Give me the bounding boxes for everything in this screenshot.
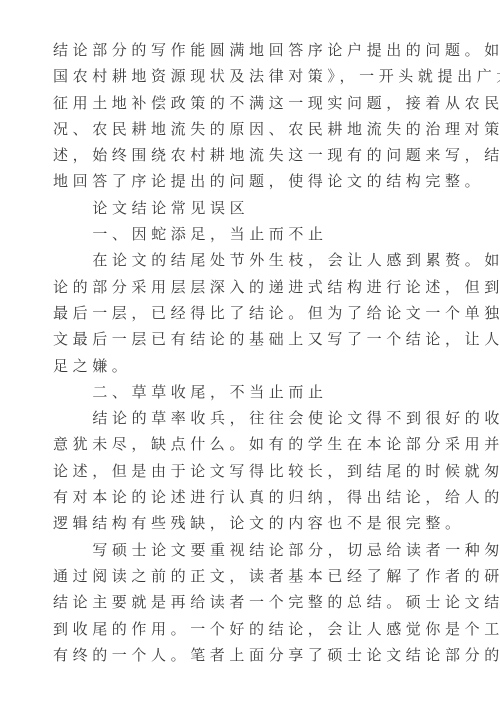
text-line: 结论主要就是再给读者一个完整的总结。硕士论文结论部分应该起 [53, 589, 453, 615]
text-line: 结论部分的写作能圆满地回答序论户提出的问题。如毕业论文《我 [53, 37, 453, 63]
text-line: 足之嫌。 [53, 353, 453, 379]
text-line: 征用土地补偿政策的不满这一现实问题，接着从农民现有的耕地情 [53, 90, 453, 116]
text-line: 文最后一层已有结论的基础上又写了一个结论，让人感觉有画蛇添 [53, 326, 453, 352]
text-line: 论的部分采用层层深入的递进式结构进行论述，但到了论文论述的 [53, 274, 453, 300]
text-line: 到收尾的作用。一个好的结论，会让人感觉你是个工作细致，有始 [53, 616, 453, 642]
subsection-heading: 二、草草收尾，不当止而止 [53, 379, 453, 405]
document-page: 结论部分的写作能圆满地回答序论户提出的问题。如毕业论文《我 国农村耕地资源现状及… [53, 37, 453, 668]
text-line: 意犹未尽，缺点什么。如有的学生在本论部分采用并列式结构进行 [53, 431, 453, 457]
subsection-heading: 一、因蛇添足，当止而不止 [53, 221, 453, 247]
text-line: 述，始终围绕农村耕地流失这一现有的问题来写，结论则有理有据 [53, 142, 453, 168]
text-line: 写硕士论文要重视结论部分，切忌给读者一种匆匆收尾的感觉。 [53, 537, 453, 563]
section-heading: 论文结论常见误区 [53, 195, 453, 221]
text-line: 逻辑结构有些残缺，论文的内容也不是很完整。 [53, 510, 453, 536]
text-line: 有终的一个人。笔者上面分享了硕士论文结论部分的内容要点和写 [53, 642, 453, 668]
text-line: 通过阅读之前的正文，读者基本已经了解了作者的研究课题，所以 [53, 563, 453, 589]
text-line: 在论文的结尾处节外生枝，会让人感到累赘。如有的学生在本 [53, 247, 453, 273]
text-line: 有对本论的论述进行认真的归纳，得出结论，给人的感觉足论文的 [53, 484, 453, 510]
text-line: 国农村耕地资源现状及法律对策》，一开头就提出广大农民对政府 [53, 63, 453, 89]
text-line: 地回答了序论提出的问题，使得论文的结构完整。 [53, 168, 453, 194]
text-line: 最后一层，已经得比了结论。但为了给论文一个单独的结论，在论 [53, 300, 453, 326]
text-line: 况、农民耕地流失的原因、农民耕地流失的治理对策三方面展开论 [53, 116, 453, 142]
text-line: 论述，但是由于论文写得比较长，到结尾的时候就匆匆收尾，并没 [53, 458, 453, 484]
text-line: 结论的草率收兵，往往会使论文得不到很好的收束，让人感到 [53, 405, 453, 431]
